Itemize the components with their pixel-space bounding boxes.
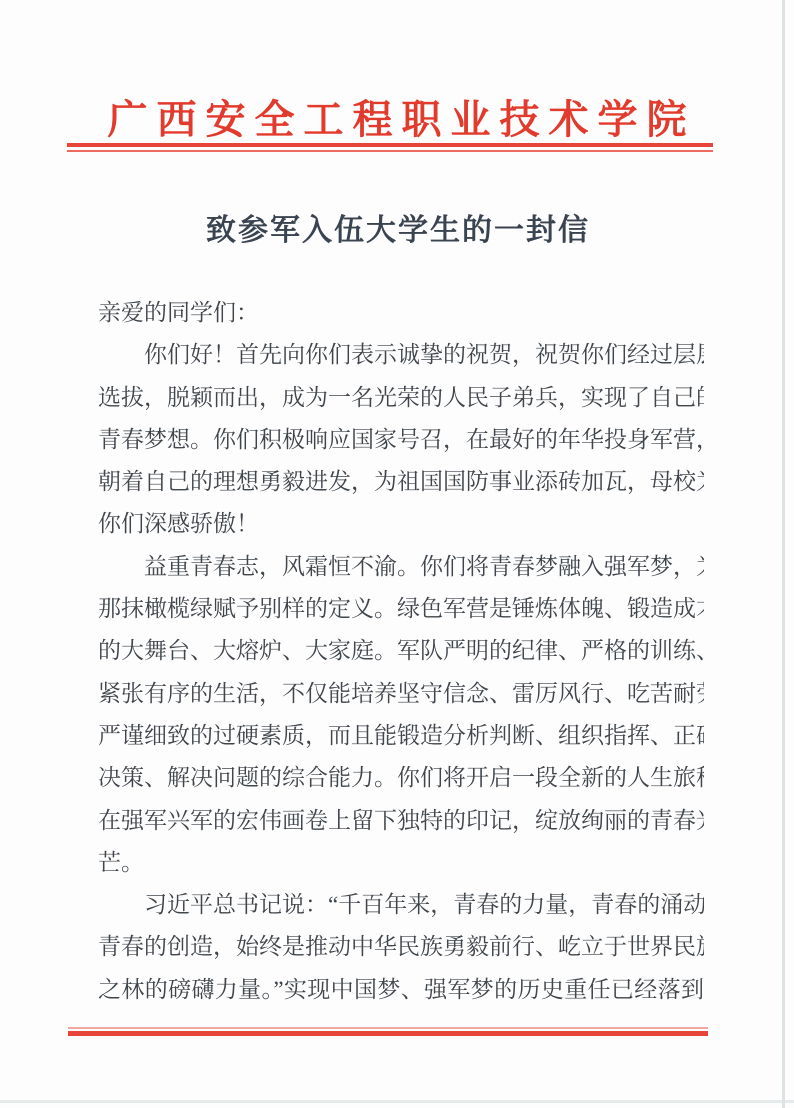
scan-edge-right [782,0,785,1108]
letter-line: 在强军兴军的宏伟画卷上留下独特的印记，绽放绚丽的青春光 [98,800,704,842]
scanned-letter-page: 广西安全工程职业技术学院 致参军入伍大学生的一封信 亲爱的同学们： 你们好！首先… [0,0,794,1108]
letterhead-school-name: 广西安全工程职业技术学院 [0,88,794,145]
letter-line: 益重青春志，风霜恒不渝。你们将青春梦融入强军梦，为 [98,546,704,588]
footer-rule-thick [68,1031,708,1036]
letter-title: 致参军入伍大学生的一封信 [0,205,794,249]
letterhead-rule-thin [67,150,713,152]
letter-line: 青春梦想。你们积极响应国家号召，在最好的年华投身军营， [98,419,704,461]
letter-line: 紧张有序的生活，不仅能培养坚守信念、雷厉风行、吃苦耐劳、 [98,673,704,715]
letter-line: 严谨细致的过硬素质，而且能锻造分析判断、组织指挥、正确 [98,715,704,757]
letter-line: 的大舞台、大熔炉、大家庭。军队严明的纪律、严格的训练、 [98,630,704,672]
letter-line: 那抹橄榄绿赋予别样的定义。绿色军营是锤炼体魄、锻造成才 [98,588,704,630]
letter-body: 亲爱的同学们： 你们好！首先向你们表示诚挚的祝贺，祝贺你们经过层层 选拔，脱颖而… [98,292,704,1011]
letter-line: 你们好！首先向你们表示诚挚的祝贺，祝贺你们经过层层 [98,334,704,376]
letter-line: 朝着自己的理想勇毅进发，为祖国国防事业添砖加瓦，母校为 [98,461,704,503]
letter-line: 青春的创造，始终是推动中华民族勇毅前行、屹立于世界民族 [98,926,704,968]
letter-line: 决策、解决问题的综合能力。你们将开启一段全新的人生旅程， [98,757,704,799]
letter-line: 芒。 [98,842,704,884]
letter-line: 选拔，脱颖而出，成为一名光荣的人民子弟兵，实现了自己的 [98,377,704,419]
scan-edge-bottom [0,1100,794,1103]
letter-line: 之林的磅礴力量。”实现中国梦、强军梦的历史重任已经落到 [98,969,704,1011]
footer-rule-thin [68,1027,708,1029]
letter-line: 习近平总书记说：“千百年来，青春的力量，青春的涌动， [98,884,704,926]
letter-line: 你们深感骄傲！ [98,503,704,545]
letterhead-rule-thick [67,143,713,147]
salutation-line: 亲爱的同学们： [98,292,704,334]
